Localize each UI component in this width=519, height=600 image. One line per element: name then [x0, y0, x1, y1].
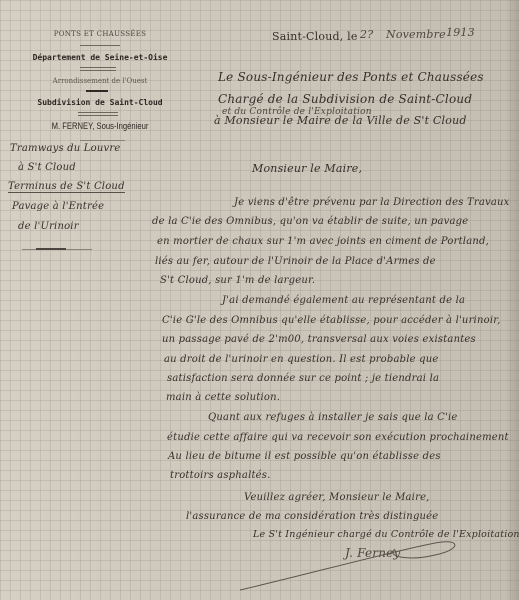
addressee: à Monsieur le Maire de la Ville de S't C… — [214, 114, 467, 127]
subject-line: Pavage à l'Entrée — [12, 201, 104, 212]
letterhead-subdivision: Subdivision de Saint-Cloud — [20, 98, 180, 107]
letterhead-department: Département de Seine-et-Oise — [20, 53, 180, 62]
body-line: S't Cloud, sur 1'm de largeur. — [160, 275, 315, 286]
body-line: C'ie G'le des Omnibus qu'elle établisse,… — [162, 315, 500, 326]
subject-divider — [36, 248, 66, 250]
body-line: satisfaction sera donnée sur ce point ; … — [167, 373, 439, 384]
closing-line: Veuillez agréer, Monsieur le Maire, — [244, 492, 430, 503]
salutation: Monsieur le Maire, — [252, 162, 362, 175]
letterhead-engineer: M. FERNEY, Sous-Ingénieur — [32, 121, 168, 131]
body-line: trottoirs asphaltés. — [170, 470, 271, 481]
body-line: un passage pavé de 2'm00, transversal au… — [162, 334, 476, 345]
signature-flourish-icon — [235, 535, 465, 595]
subject-line: à S't Cloud — [18, 162, 76, 173]
body-line: J'ai demandé également au représentant d… — [222, 295, 465, 306]
body-line: en mortier de chaux sur 1'm avec joints … — [157, 236, 489, 247]
letterhead-divider — [80, 45, 120, 46]
body-line: liés au fer, autour de l'Urinoir de la P… — [155, 256, 436, 267]
letterhead-arrondissement: Arrondissement de l'Ouest — [20, 77, 180, 85]
body-line: étudie cette affaire qui va recevoir son… — [167, 432, 509, 443]
letterhead-divider — [78, 115, 118, 116]
subject-line: Terminus de S't Cloud — [8, 181, 125, 193]
closing-line: l'assurance de ma considération très dis… — [186, 511, 438, 522]
letterhead-divider — [86, 90, 108, 92]
dateline-day: 2? — [360, 28, 373, 41]
dateline-place: Saint-Cloud, le — [272, 30, 358, 43]
letterhead-divider — [78, 112, 118, 113]
dateline-year: 1913 — [446, 26, 475, 39]
sender-title: Le Sous-Ingénieur des Ponts et Chaussées — [218, 70, 484, 84]
subject-line: Tramways du Louvre — [10, 143, 120, 154]
body-line: Au lieu de bitume il est possible qu'on … — [168, 451, 441, 462]
subject-line: de l'Urinoir — [18, 221, 79, 232]
body-line: de la C'ie des Omnibus, qu'on va établir… — [152, 216, 468, 227]
body-line: au droit de l'urinoir en question. Il es… — [164, 354, 439, 365]
letterhead-divider — [80, 140, 125, 141]
dateline-month: Novembre — [386, 28, 446, 41]
letterhead-divider — [80, 70, 116, 71]
page-edge-shadow — [505, 0, 519, 600]
body-line: Quant aux refuges à installer je sais qu… — [208, 412, 458, 423]
body-line: main à cette solution. — [166, 392, 280, 403]
body-line: Je viens d'être prévenu par la Direction… — [234, 197, 509, 208]
sender-subdivision: Chargé de la Subdivision de Saint-Cloud — [218, 92, 472, 106]
letterhead-service: PONTS ET CHAUSSÉES — [20, 30, 180, 38]
letterhead-divider — [80, 67, 116, 68]
letter-page: PONTS ET CHAUSSÉES Département de Seine-… — [0, 0, 519, 600]
